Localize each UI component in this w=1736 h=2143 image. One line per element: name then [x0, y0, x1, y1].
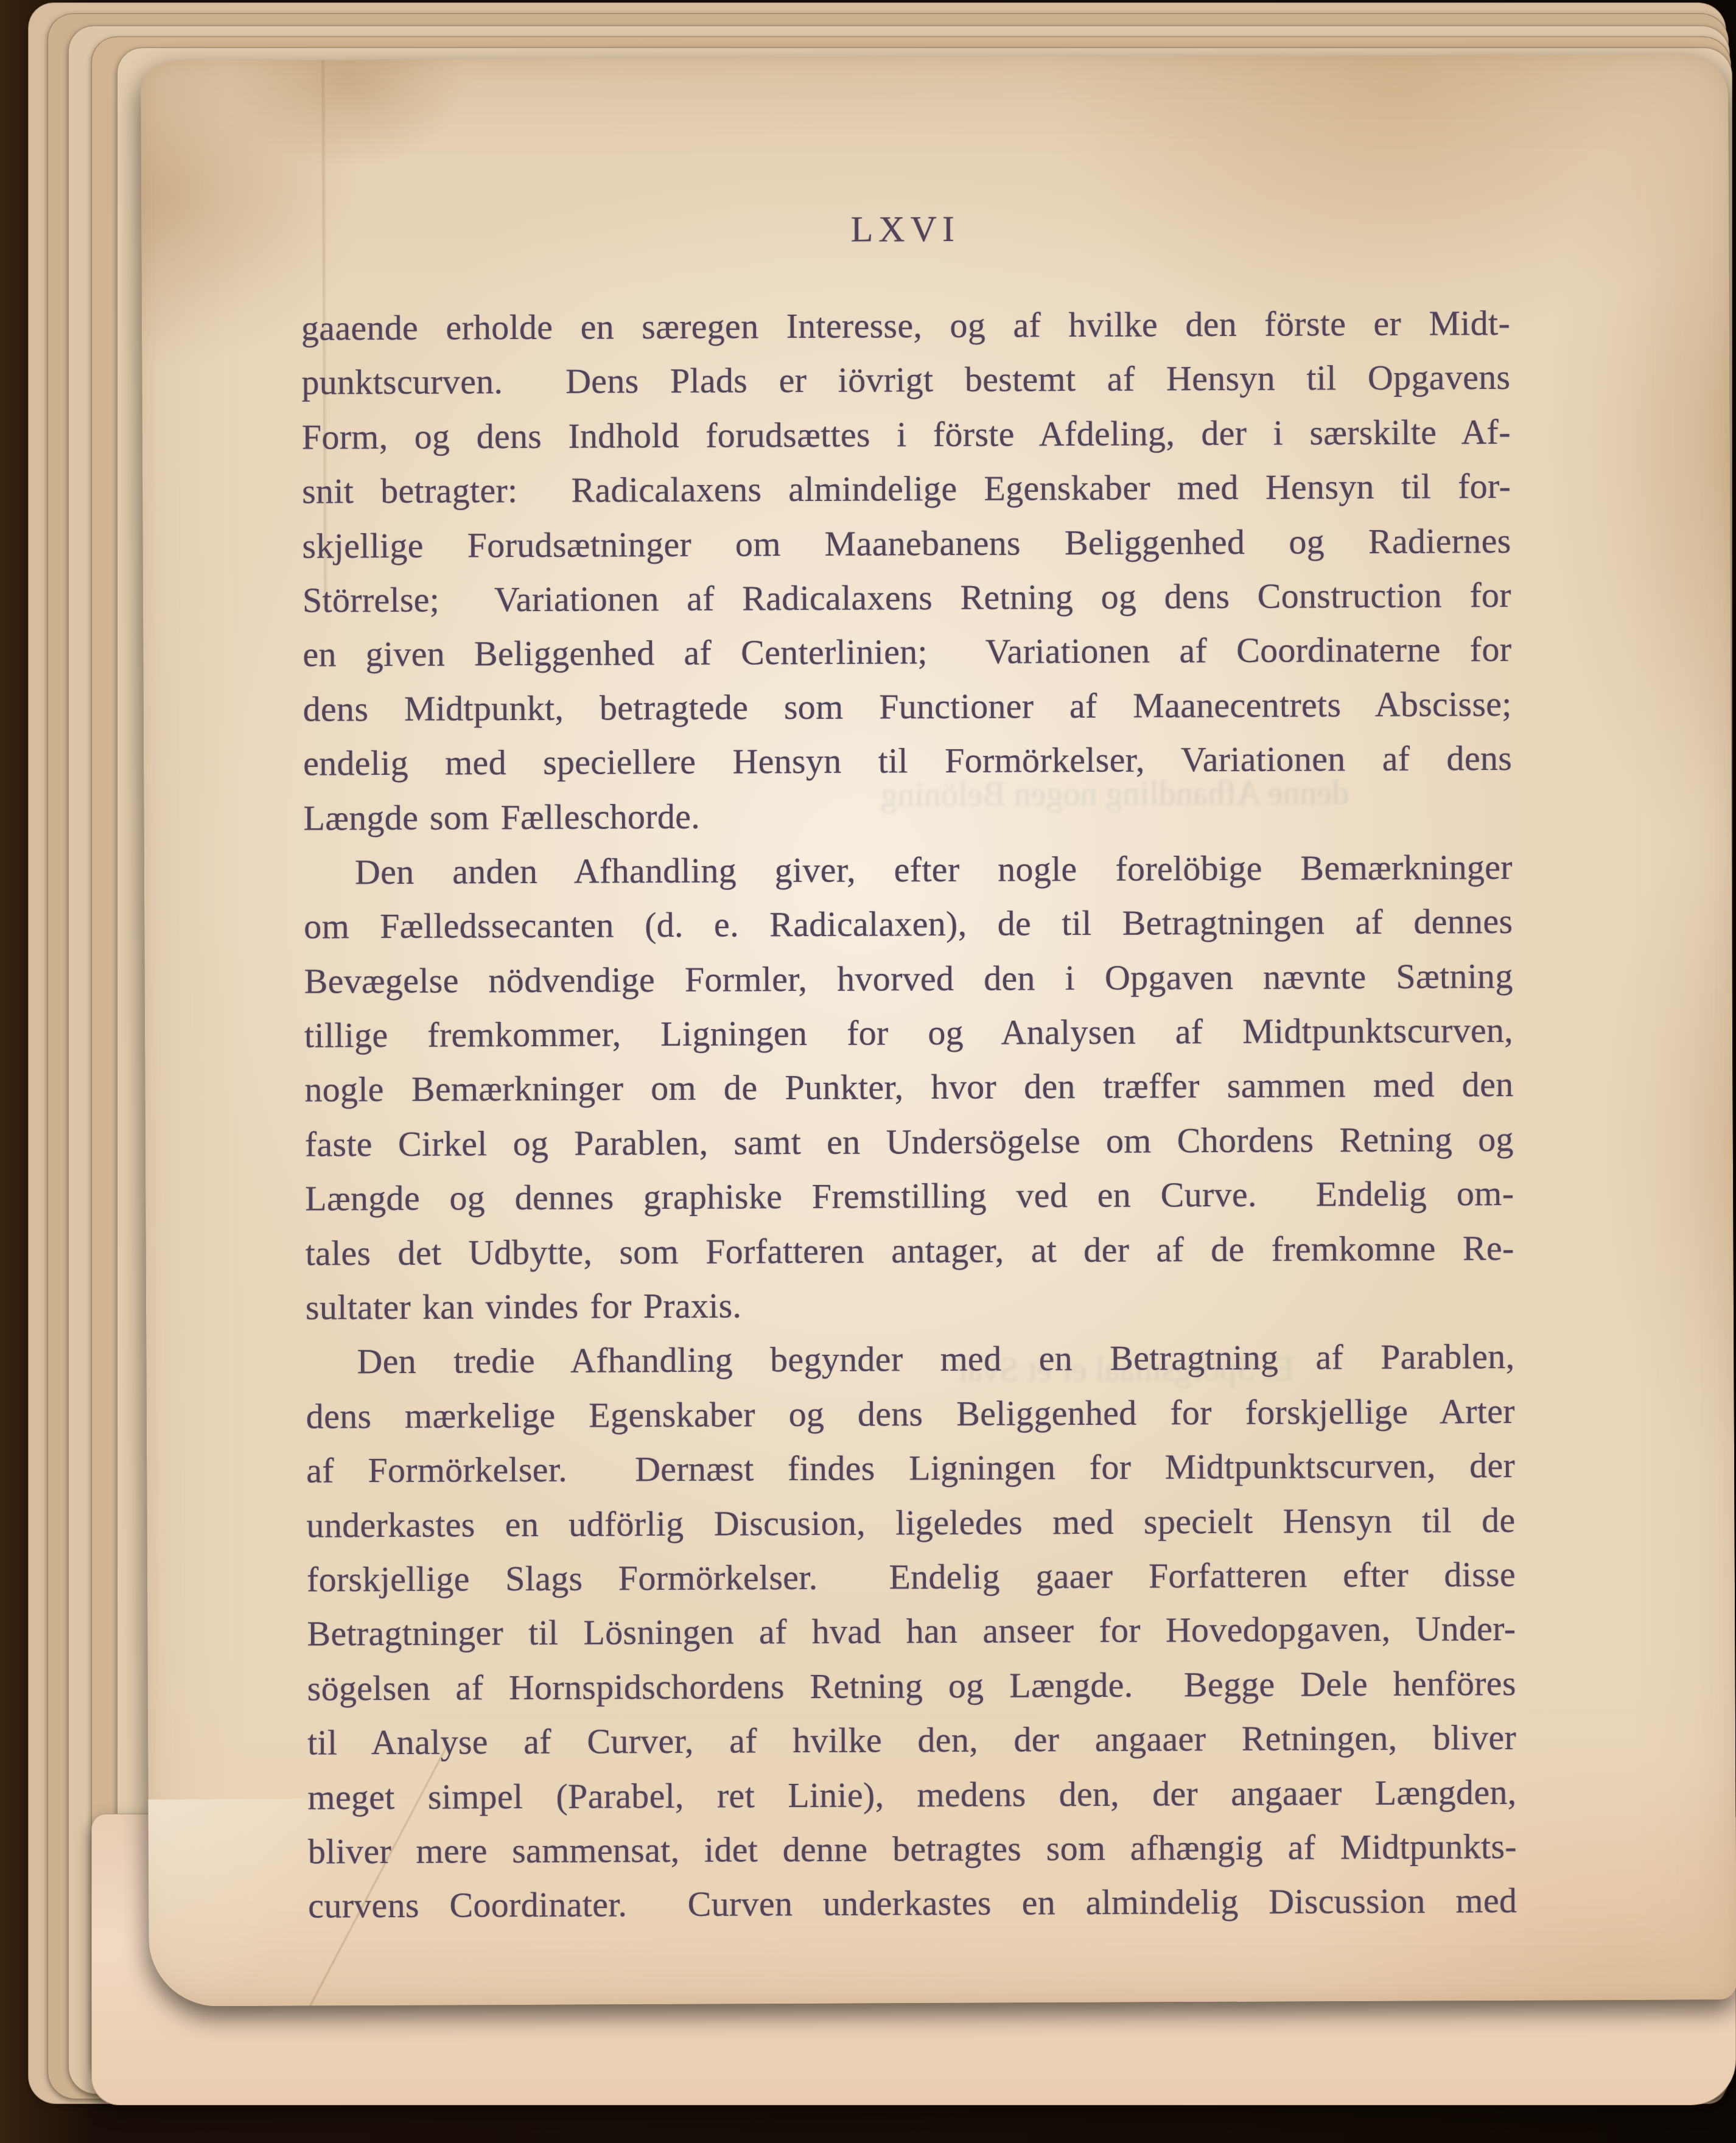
text-line: endelig med speciellere Hensyn til Formö… — [303, 731, 1512, 791]
text-line: gaaende erholde en særegen Interesse, og… — [301, 296, 1510, 355]
text-line: Længde som Fælleschorde. — [303, 785, 1512, 845]
text-block: gaaende erholde en særegen Interesse, og… — [301, 296, 1517, 1933]
text-line: sögelsen af Hornspidschordens Retning og… — [307, 1656, 1516, 1716]
text-line: af Formörkelser. Dernæst findes Ligninge… — [306, 1438, 1515, 1498]
text-line: dens Midtpunkt, betragtede som Functione… — [303, 677, 1511, 736]
text-line: tillige fremkommer, Ligningen for og Ana… — [304, 1003, 1513, 1063]
text-line: tales det Udbytte, som Forfatteren antag… — [305, 1221, 1514, 1281]
text-line: snit betragter: Radicalaxens almindelige… — [302, 459, 1511, 519]
text-line: meget simpel (Parabel, ret Linie), meden… — [307, 1764, 1516, 1824]
text-line: nogle Bemærkninger om de Punkter, hvor d… — [304, 1057, 1513, 1117]
text-line: en given Beliggenhed af Centerlinien; Va… — [303, 622, 1511, 682]
text-line: dens mærkelige Egenskaber og dens Beligg… — [306, 1384, 1515, 1444]
text-line: skjellige Forudsætninger om Maanebanens … — [302, 513, 1511, 573]
text-line: sultater kan vindes for Praxis. — [306, 1275, 1514, 1335]
text-line: punktscurven. Dens Plads er iövrigt best… — [301, 350, 1510, 410]
scanned-book-photo: LXVI denne Afhandling nogen BelöningEt S… — [0, 0, 1736, 2143]
text-line: bliver mere sammensat, idet denne betrag… — [308, 1819, 1517, 1879]
text-line: Den tredie Afhandling begynder med en Be… — [306, 1329, 1514, 1389]
text-line: Form, og dens Indhold forudsættes i förs… — [302, 405, 1511, 464]
book-page: LXVI denne Afhandling nogen BelöningEt S… — [141, 54, 1736, 2006]
page-number: LXVI — [301, 206, 1510, 253]
text-line: Störrelse; Variationen af Radicalaxens R… — [303, 568, 1511, 628]
text-line: om Fælledssecanten (d. e. Radicalaxen), … — [304, 894, 1513, 954]
text-line: underkastes en udförlig Discusion, ligel… — [306, 1492, 1515, 1552]
text-line: til Analyse af Curver, af hvilke den, de… — [307, 1710, 1516, 1770]
text-line: Bevægelse nödvendige Formler, hvorved de… — [304, 949, 1513, 1009]
text-line: forskjellige Slags Formörkelser. Endelig… — [307, 1547, 1516, 1607]
text-line: Den anden Afhandling giver, efter nogle … — [304, 840, 1513, 900]
text-line: Betragtninger til Lösningen af hvad han … — [307, 1601, 1516, 1661]
text-line: curvens Coordinater. Curven underkastes … — [308, 1873, 1517, 1933]
text-line: faste Cirkel og Parablen, samt en Unders… — [305, 1112, 1514, 1172]
text-line: Længde og dennes graphiske Fremstilling … — [305, 1166, 1514, 1226]
